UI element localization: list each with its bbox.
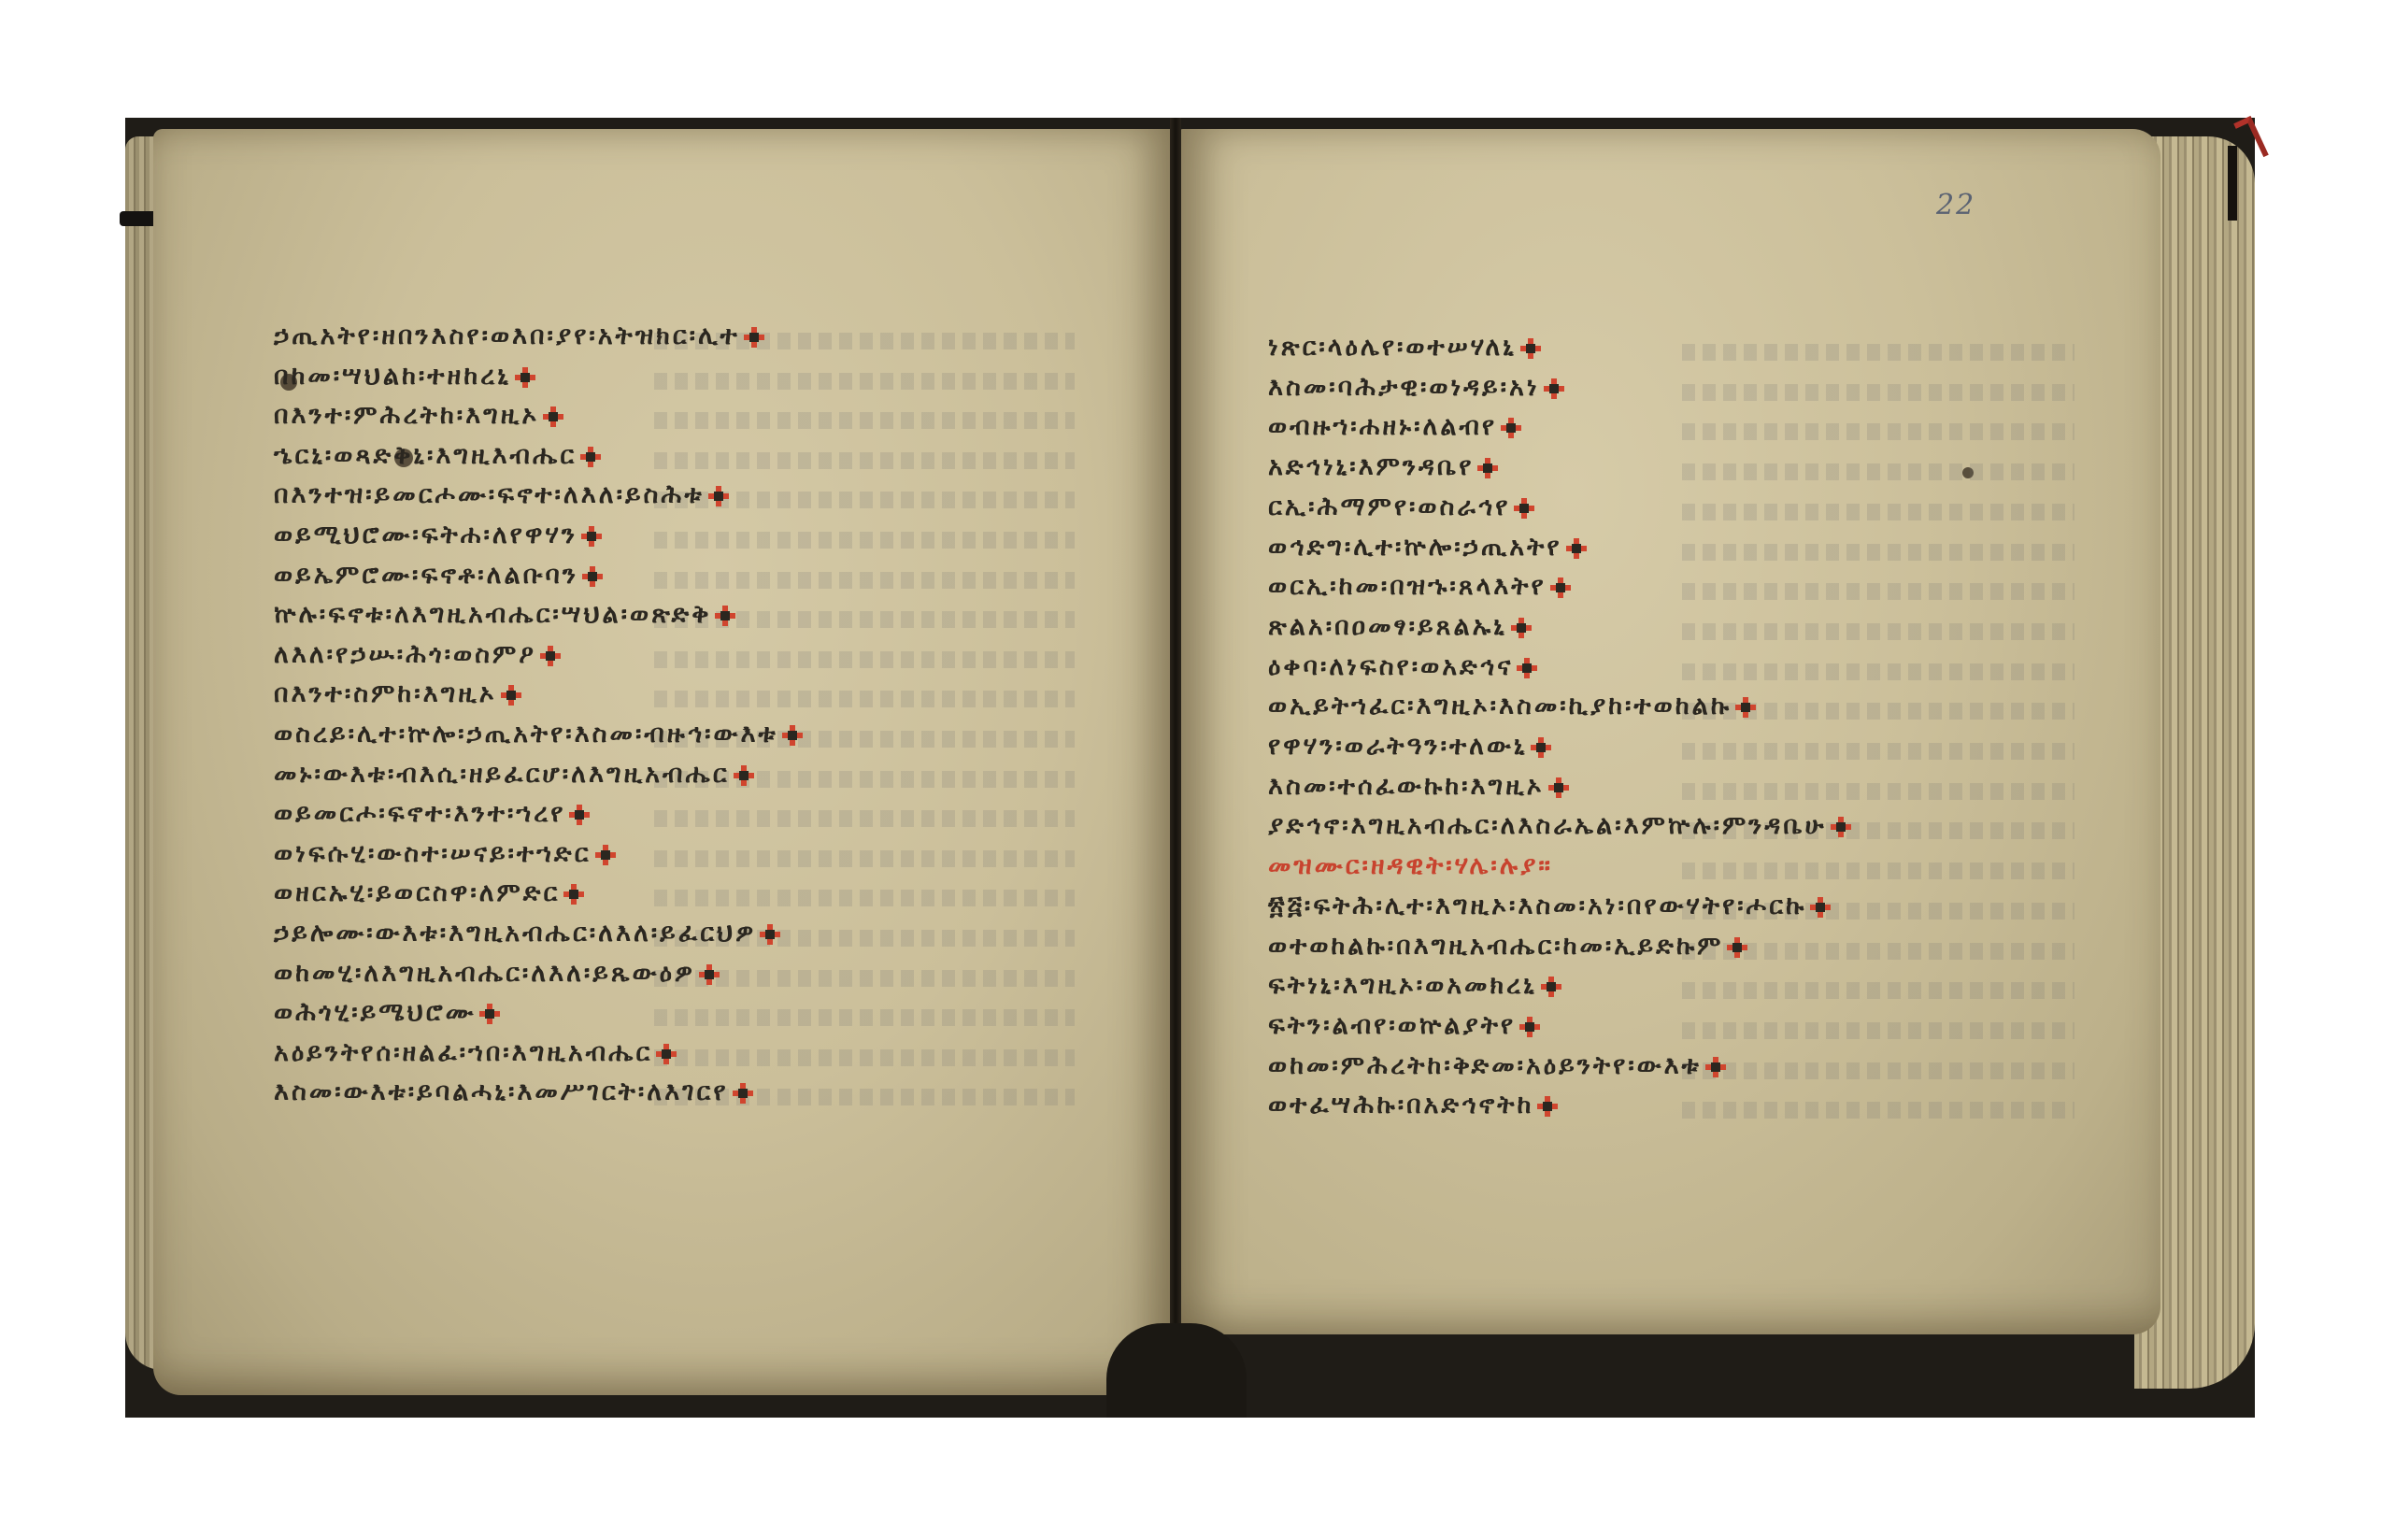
verse-end-mark-icon — [581, 526, 602, 547]
rubric-line: መዝሙር፡ዘዳዊት፡ሃሌ፡ሉያ። — [1268, 850, 1553, 882]
verse-end-mark-icon — [1810, 897, 1831, 918]
text-line: ፍትን፡ልብየ፡ወኵልያትየ — [1268, 1010, 1540, 1042]
line-text: ወርኢ፡ከመ፡በዝኁ፡ጸላእትየ — [1268, 572, 1547, 601]
line-text: ለእለ፡የኃሡ፡ሕጎ፡ወስምዖ — [274, 640, 536, 669]
line-text: ወተፈሣሕኩ፡በአድኅኖትከ — [1268, 1091, 1533, 1119]
verse-end-mark-icon — [1727, 937, 1747, 958]
show-through-text — [654, 890, 1075, 906]
verse-end-mark-icon — [501, 685, 521, 706]
black-thread-icon — [2228, 146, 2237, 221]
line-text: በእንተ፡ምሕረትከ፡እግዚኦ — [274, 401, 539, 430]
show-through-text — [1682, 583, 2074, 600]
text-line: ዕቀባ፡ለነፍስየ፡ወአድኅና — [1268, 651, 1537, 683]
verse-end-mark-icon — [708, 486, 729, 506]
verse-end-mark-icon — [1544, 378, 1564, 399]
text-line: በእንተ፡ስምከ፡እግዚኦ — [274, 678, 521, 710]
verse-end-mark-icon — [733, 1083, 753, 1104]
text-line: ወዘርኡሂ፡ይወርስዋ፡ለምድር — [274, 877, 584, 909]
verse-end-mark-icon — [580, 447, 601, 467]
text-line: ርኢ፡ሕማምየ፡ወስራኅየ — [1268, 492, 1534, 523]
folio-number: 22 — [1936, 189, 1975, 221]
line-text: ኵሉ፡ፍኖቱ፡ለእግዚአብሔር፡ሣህል፡ወጽድቅ — [274, 600, 711, 629]
verse-end-mark-icon — [1566, 538, 1587, 559]
line-text: ፍትነኒ፡እግዚኦ፡ወአመክረኒ — [1268, 971, 1537, 1000]
show-through-text — [654, 691, 1075, 707]
text-line: አዕይንትየሰ፡ዘልፈ፡ኀበ፡እግዚአብሔር — [274, 1037, 677, 1069]
line-text: መኑ፡ውእቱ፡ብእሲ፡ዘይፈርሆ፡ለእግዚአብሔር — [274, 760, 730, 789]
verse-end-mark-icon — [1705, 1057, 1726, 1077]
verse-end-mark-icon — [1477, 458, 1498, 478]
line-text: እስመ፡ባሕታዊ፡ወነዳይ፡አነ — [1268, 373, 1540, 402]
show-through-text — [654, 850, 1075, 867]
line-text: ወነፍሱሂ፡ውስተ፡ሠናይ፡ተኀድር — [274, 839, 592, 868]
text-line: እስመ፡ውእቱ፡ይባልሓኒ፡እመሥገርት፡ለእገርየ — [274, 1077, 753, 1108]
show-through-text — [654, 532, 1075, 549]
text-line: ወከመሂ፡ለእግዚአብሔር፡ለእለ፡ይጼውዕዎ — [274, 958, 720, 990]
text-line: አድኅነኒ፡እምንዳቤየ — [1268, 451, 1498, 483]
text-line: ወከመ፡ምሕረትከ፡ቅድመ፡አዕይንትየ፡ውእቱ — [1268, 1050, 1726, 1082]
line-text: ጽልአ፡በዐመፃ፡ይጸልኡኒ — [1268, 612, 1507, 641]
text-line: ወኢይትኀፈር፡እግዚኦ፡እስመ፡ኪያከ፡ተወከልኩ — [1268, 691, 1756, 722]
text-line: የዋሃን፡ወራትዓን፡ተለውኒ — [1268, 731, 1551, 763]
text-line: መኑ፡ውእቱ፡ብእሲ፡ዘይፈርሆ፡ለእግዚአብሔር — [274, 759, 754, 791]
show-through-text — [654, 572, 1075, 589]
verse-end-mark-icon — [1550, 577, 1571, 598]
text-line: ኄርኒ፡ወጻድቅኒ፡እግዚእብሔር — [274, 440, 601, 472]
verse-end-mark-icon — [1520, 338, 1541, 359]
verse-end-mark-icon — [1548, 777, 1569, 798]
verse-end-mark-icon — [563, 884, 584, 905]
text-line: ወኅድግ፡ሊተ፡ኵሎ፡ኃጢአትየ — [1268, 532, 1587, 563]
verse-end-mark-icon — [656, 1044, 677, 1064]
line-text: ኄርኒ፡ወጻድቅኒ፡እግዚእብሔር — [274, 441, 577, 470]
show-through-text — [1682, 743, 2074, 760]
line-text: ዕቀባ፡ለነፍስየ፡ወአድኅና — [1268, 652, 1513, 681]
text-line: እስመ፡ባሕታዊ፡ወነዳይ፡አነ — [1268, 372, 1564, 404]
text-line: ወተወከልኩ፡በእግዚአብሔር፡ከመ፡ኢይድኩም — [1268, 931, 1747, 962]
text-line: ፳፭፡ፍትሕ፡ሊተ፡እግዚኦ፡እስመ፡አነ፡በየውሃትየ፡ሖርኩ — [1268, 891, 1831, 922]
line-text: ርኢ፡ሕማምየ፡ወስራኅየ — [1268, 492, 1510, 521]
text-line: በእንተዝ፡ይመርሖሙ፡ፍኖተ፡ለእለ፡ይስሕቱ — [274, 479, 729, 511]
verse-end-mark-icon — [715, 606, 735, 626]
text-line: ወሕጎሂ፡ይሜህሮሙ — [274, 997, 500, 1029]
line-text: በእንተዝ፡ይመርሖሙ፡ፍኖተ፡ለእለ፡ይስሕቱ — [274, 480, 705, 509]
line-text: ነጽር፡ላዕሌየ፡ወተሠሃለኒ — [1268, 333, 1517, 362]
line-text: ወከመ፡ምሕረትከ፡ቅድመ፡አዕይንትየ፡ውእቱ — [1268, 1051, 1702, 1080]
text-line: ወነፍሱሂ፡ውስተ፡ሠናይ፡ተኀድር — [274, 838, 616, 870]
verse-end-mark-icon — [1519, 1017, 1540, 1037]
show-through-text — [654, 452, 1075, 469]
text-line: ወርኢ፡ከመ፡በዝኁ፡ጸላእትየ — [1268, 571, 1571, 603]
line-text: እስመ፡ተሰፈውኩከ፡እግዚኦ — [1268, 772, 1545, 801]
line-text: አዕይንትየሰ፡ዘልፈ፡ኀበ፡እግዚአብሔር — [274, 1038, 652, 1067]
text-line: ለእለ፡የኃሡ፡ሕጎ፡ወስምዖ — [274, 639, 561, 671]
spine-shadow — [1106, 1323, 1247, 1418]
line-text: ወዘርኡሂ፡ይወርስዋ፡ለምድር — [274, 878, 560, 907]
show-through-text — [1682, 623, 2074, 640]
show-through-text — [1682, 463, 2074, 480]
text-line: ወስረይ፡ሊተ፡ኵሎ፡ኃጢአትየ፡እስመ፡ብዙኅ፡ውእቱ — [274, 719, 803, 750]
text-line: ኃይሎሙ፡ውእቱ፡እግዚአብሔር፡ለእለ፡ይፈርህዎ — [274, 918, 780, 949]
line-text: በእንተ፡ስምከ፡እግዚኦ — [274, 679, 497, 708]
line-text: በከመ፡ሣህልከ፡ተዘከረኒ — [274, 362, 511, 391]
line-text: አድኅነኒ፡እምንዳቤየ — [1268, 452, 1474, 481]
show-through-text — [654, 373, 1075, 390]
line-text: እስመ፡ውእቱ፡ይባልሓኒ፡እመሥገርት፡ለእገርየ — [274, 1077, 729, 1106]
line-text: ወስረይ፡ሊተ፡ኵሎ፡ኃጢአትየ፡እስመ፡ብዙኅ፡ውእቱ — [274, 720, 778, 749]
text-line: ወይመርሖ፡ፍኖተ፡እንተ፡ኀረየ — [274, 798, 590, 830]
line-text: ወከመሂ፡ለእግዚአብሔር፡ለእለ፡ይጼውዕዎ — [274, 959, 695, 988]
verse-end-mark-icon — [595, 845, 616, 865]
verse-end-mark-icon — [515, 367, 535, 388]
verse-end-mark-icon — [540, 646, 561, 666]
show-through-text — [1682, 863, 2074, 879]
show-through-text — [1682, 1062, 2074, 1079]
line-text: ወኅድግ፡ሊተ፡ኵሎ፡ኃጢአትየ — [1268, 533, 1562, 562]
text-line: በከመ፡ሣህልከ፡ተዘከረኒ — [274, 361, 535, 392]
show-through-text — [1682, 544, 2074, 561]
text-line: እስመ፡ተሰፈውኩከ፡እግዚኦ — [1268, 771, 1569, 803]
verse-end-mark-icon — [479, 1004, 500, 1024]
line-text: ወይመርሖ፡ፍኖተ፡እንተ፡ኀረየ — [274, 799, 565, 828]
text-line: ወይኤምሮሙ፡ፍኖቶ፡ለልቡባን — [274, 560, 603, 592]
show-through-text — [654, 1049, 1075, 1066]
line-text: ያድኅኖ፡እግዚአብሔር፡ለእስራኤል፡እምኵሉ፡ምንዳቤሁ — [1268, 811, 1827, 840]
verse-end-mark-icon — [1501, 418, 1521, 438]
verse-end-mark-icon — [699, 964, 720, 985]
text-line: ነጽር፡ላዕሌየ፡ወተሠሃለኒ — [1268, 332, 1541, 364]
line-text: ወይኤምሮሙ፡ፍኖቶ፡ለልቡባን — [274, 561, 578, 590]
show-through-text — [1682, 504, 2074, 520]
text-line: ፍትነኒ፡እግዚኦ፡ወአመክረኒ — [1268, 970, 1561, 1002]
line-text: ወኢይትኀፈር፡እግዚኦ፡እስመ፡ኪያከ፡ተወከልኩ — [1268, 692, 1732, 720]
verse-end-mark-icon — [760, 924, 780, 945]
text-line: ኵሉ፡ፍኖቱ፡ለእግዚአብሔር፡ሣህል፡ወጽድቅ — [274, 599, 735, 631]
line-text: የዋሃን፡ወራትዓን፡ተለውኒ — [1268, 732, 1527, 761]
text-line: ኃጢአትየ፡ዘበንእስየ፡ወእበ፡ያየ፡አትዝክር፡ሊተ — [274, 321, 764, 352]
show-through-text — [654, 810, 1075, 827]
line-text: ፳፭፡ፍትሕ፡ሊተ፡እግዚኦ፡እስመ፡አነ፡በየውሃትየ፡ሖርኩ — [1268, 891, 1806, 920]
text-line: ጽልአ፡በዐመፃ፡ይጸልኡኒ — [1268, 611, 1532, 643]
verse-end-mark-icon — [1831, 817, 1851, 837]
text-line: ያድኅኖ፡እግዚአብሔር፡ለእስራኤል፡እምኵሉ፡ምንዳቤሁ — [1268, 810, 1851, 842]
line-text: ፍትን፡ልብየ፡ወኵልያትየ — [1268, 1011, 1516, 1040]
line-text: ኃይሎሙ፡ውእቱ፡እግዚአብሔር፡ለእለ፡ይፈርህዎ — [274, 919, 756, 948]
verse-end-mark-icon — [543, 406, 563, 427]
scan-canvas: 22 ኃጢአትየ፡ዘበንእስየ፡ወእበ፡ያየ፡አትዝክር፡ሊተበከመ፡ሣህልከ፡… — [0, 0, 2381, 1540]
line-text: ወይሚህሮሙ፡ፍትሐ፡ለየዋሃን — [274, 520, 577, 549]
binding-cord-icon — [120, 211, 157, 226]
line-text: መዝሙር፡ዘዳዊት፡ሃሌ፡ሉያ። — [1268, 851, 1553, 880]
show-through-text — [1682, 423, 2074, 440]
line-text: ኃጢአትየ፡ዘበንእስየ፡ወእበ፡ያየ፡አትዝክር፡ሊተ — [274, 321, 740, 350]
show-through-text — [1682, 1022, 2074, 1039]
text-line: ወብዙኀ፡ሐዘኑ፡ለልብየ — [1268, 411, 1521, 443]
show-through-text — [1682, 783, 2074, 800]
verse-end-mark-icon — [1735, 697, 1756, 718]
text-line: ወይሚህሮሙ፡ፍትሐ፡ለየዋሃን — [274, 520, 602, 551]
book-gutter — [1170, 118, 1181, 1418]
show-through-text — [654, 1009, 1075, 1026]
show-through-text — [1682, 1102, 2074, 1119]
verse-end-mark-icon — [1511, 618, 1532, 638]
show-through-text — [1682, 982, 2074, 999]
verse-end-mark-icon — [1531, 737, 1551, 758]
verse-end-mark-icon — [569, 805, 590, 825]
verse-end-mark-icon — [782, 725, 803, 746]
verse-end-mark-icon — [734, 765, 754, 786]
show-through-text — [654, 412, 1075, 429]
verse-end-mark-icon — [1537, 1096, 1558, 1117]
verse-end-mark-icon — [744, 327, 764, 348]
line-text: ወተወከልኩ፡በእግዚአብሔር፡ከመ፡ኢይድኩም — [1268, 932, 1723, 961]
verse-end-mark-icon — [1514, 498, 1534, 519]
verse-end-mark-icon — [582, 566, 603, 587]
show-through-text — [1682, 384, 2074, 401]
line-text: ወሕጎሂ፡ይሜህሮሙ — [274, 998, 476, 1027]
verse-end-mark-icon — [1541, 977, 1561, 997]
text-line: ወተፈሣሕኩ፡በአድኅኖትከ — [1268, 1090, 1558, 1121]
show-through-text — [1682, 344, 2074, 361]
show-through-text — [654, 651, 1075, 668]
text-line: በእንተ፡ምሕረትከ፡እግዚኦ — [274, 400, 563, 432]
line-text: ወብዙኀ፡ሐዘኑ፡ለልብየ — [1268, 412, 1497, 441]
verse-end-mark-icon — [1517, 658, 1537, 678]
show-through-text — [1682, 663, 2074, 680]
